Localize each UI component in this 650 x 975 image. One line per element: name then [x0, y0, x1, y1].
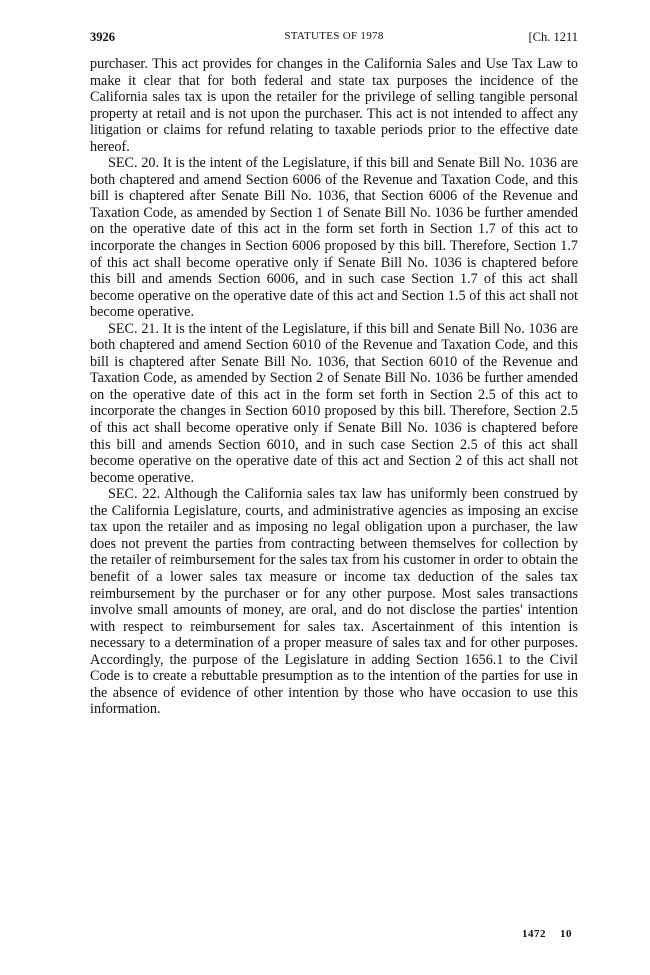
footer-code: 1472 [522, 928, 546, 940]
body-text: purchaser. This act provides for changes… [90, 56, 578, 718]
running-header: 3926 STATUTES OF 1978 [Ch. 1211 [90, 30, 578, 48]
paragraph-continuation: purchaser. This act provides for changes… [90, 56, 578, 155]
paragraph-sec-22: SEC. 22. Although the California sales t… [90, 486, 578, 718]
paragraph-sec-21: SEC. 21. It is the intent of the Legisla… [90, 321, 578, 486]
header-title: STATUTES OF 1978 [90, 30, 578, 42]
footer-number: 10 [560, 928, 572, 940]
paragraph-sec-20: SEC. 20. It is the intent of the Legisla… [90, 155, 578, 320]
document-page: 3926 STATUTES OF 1978 [Ch. 1211 purchase… [0, 0, 650, 975]
page-footer: 147210 [522, 928, 572, 940]
chapter-label: [Ch. 1211 [528, 30, 578, 45]
